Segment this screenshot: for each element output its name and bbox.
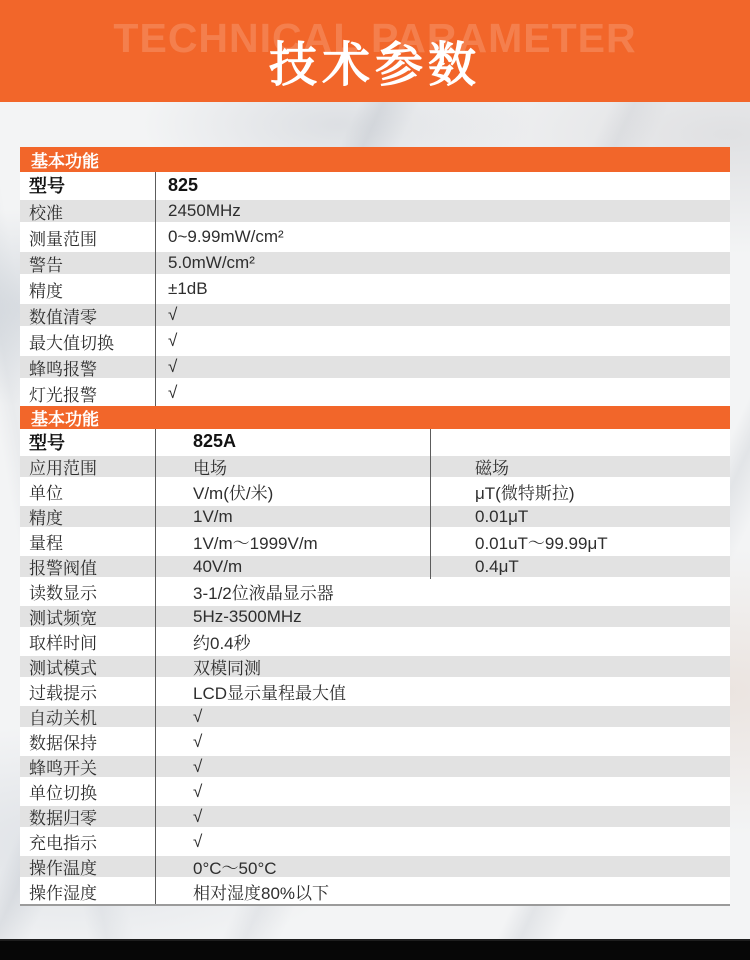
spec-value: √ (155, 328, 730, 354)
spec-value-2: 0.4μT (430, 554, 730, 579)
spec-label: 报警阀值 (20, 554, 155, 579)
spec-value: LCD显示量程最大值 (155, 679, 730, 704)
column-divider-2 (430, 429, 431, 579)
spec-row: 型号825A (20, 429, 730, 454)
spec-label: 数值清零 (20, 302, 155, 328)
spec-value: √ (155, 704, 730, 729)
spec-label: 数据保持 (20, 729, 155, 754)
spec-tables: 基本功能 型号825校准2450MHz测量范围0~9.99mW/cm²警告5.0… (20, 147, 730, 906)
spec-label: 操作湿度 (20, 879, 155, 904)
page-title: 技术参数 (0, 26, 750, 95)
spec-row: 自动关机√ (20, 704, 730, 729)
spec-value: V/m(伏/米) (155, 479, 430, 504)
spec-row: 单位切换√ (20, 779, 730, 804)
spec-value: 825 (155, 172, 730, 198)
table-rows: 型号825校准2450MHz测量范围0~9.99mW/cm²警告5.0mW/cm… (20, 172, 730, 406)
spec-row: 过载提示LCD显示量程最大值 (20, 679, 730, 704)
spec-value: √ (155, 302, 730, 328)
spec-value: 3-1/2位液晶显示器 (155, 579, 730, 604)
table-rows: 型号825A应用范围电场磁场单位V/m(伏/米)μT(微特斯拉)精度1V/m0.… (20, 429, 730, 904)
spec-label: 自动关机 (20, 704, 155, 729)
spec-label: 警告 (20, 250, 155, 276)
spec-value-2: 磁场 (430, 454, 730, 479)
spec-row: 充电指示√ (20, 829, 730, 854)
bottom-black-bar (0, 939, 750, 960)
spec-row: 应用范围电场磁场 (20, 454, 730, 479)
spec-value: 电场 (155, 454, 430, 479)
spec-row: 报警阀值40V/m0.4μT (20, 554, 730, 579)
spec-row: 型号825 (20, 172, 730, 198)
spec-row: 警告5.0mW/cm² (20, 250, 730, 276)
spec-label: 取样时间 (20, 629, 155, 654)
spec-row: 操作湿度相对湿度80%以下 (20, 879, 730, 904)
spec-value: 5Hz-3500MHz (155, 604, 730, 629)
spec-label: 灯光报警 (20, 380, 155, 406)
title-banner: TECHNICAL PARAMETER 技术参数 (0, 0, 750, 102)
spec-value: √ (155, 829, 730, 854)
spec-label: 量程 (20, 529, 155, 554)
spec-row: 精度±1dB (20, 276, 730, 302)
spec-value-2 (430, 429, 730, 454)
spec-row: 测试频宽5Hz-3500MHz (20, 604, 730, 629)
spec-row: 最大值切换√ (20, 328, 730, 354)
spec-value: √ (155, 354, 730, 380)
spec-label: 测试频宽 (20, 604, 155, 629)
spec-row: 量程1V/m～1999V/m0.01uT～99.99μT (20, 529, 730, 554)
spec-label: 数据归零 (20, 804, 155, 829)
spec-value: √ (155, 804, 730, 829)
spec-row: 灯光报警√ (20, 380, 730, 406)
spec-row: 数值清零√ (20, 302, 730, 328)
spec-value: 5.0mW/cm² (155, 250, 730, 276)
spec-value: 双模同测 (155, 654, 730, 679)
spec-label: 单位切换 (20, 779, 155, 804)
spec-table-825a: 基本功能 型号825A应用范围电场磁场单位V/m(伏/米)μT(微特斯拉)精度1… (20, 406, 730, 906)
spec-label: 型号 (20, 429, 155, 454)
spec-label: 校准 (20, 198, 155, 224)
page: TECHNICAL PARAMETER 技术参数 基本功能 型号825校准245… (0, 0, 750, 960)
spec-row: 蜂鸣报警√ (20, 354, 730, 380)
spec-row: 操作温度0°C～50°C (20, 854, 730, 879)
spec-value: 约0.4秒 (155, 629, 730, 654)
spec-value: 0~9.99mW/cm² (155, 224, 730, 250)
spec-value: √ (155, 380, 730, 406)
spec-label: 测试模式 (20, 654, 155, 679)
spec-value: √ (155, 779, 730, 804)
spec-label: 蜂鸣开关 (20, 754, 155, 779)
table-section-header: 基本功能 (20, 147, 730, 172)
spec-row: 精度1V/m0.01μT (20, 504, 730, 529)
spec-row: 蜂鸣开关√ (20, 754, 730, 779)
spec-label: 精度 (20, 276, 155, 302)
column-divider (155, 172, 156, 406)
spec-row: 数据保持√ (20, 729, 730, 754)
spec-row: 校准2450MHz (20, 198, 730, 224)
spec-value: 1V/m～1999V/m (155, 529, 430, 554)
column-divider (155, 429, 156, 904)
spec-label: 型号 (20, 172, 155, 198)
spec-value-2: 0.01μT (430, 504, 730, 529)
spec-value: ±1dB (155, 276, 730, 302)
spec-value: 0°C～50°C (155, 854, 730, 879)
spec-value: 相对湿度80%以下 (155, 879, 730, 904)
spec-label: 单位 (20, 479, 155, 504)
spec-table-825: 基本功能 型号825校准2450MHz测量范围0~9.99mW/cm²警告5.0… (20, 147, 730, 406)
spec-label: 最大值切换 (20, 328, 155, 354)
spec-value: 1V/m (155, 504, 430, 529)
spec-value-2: 0.01uT～99.99μT (430, 529, 730, 554)
spec-label: 测量范围 (20, 224, 155, 250)
spec-value: 2450MHz (155, 198, 730, 224)
spec-label: 应用范围 (20, 454, 155, 479)
spec-row: 测量范围0~9.99mW/cm² (20, 224, 730, 250)
spec-label: 精度 (20, 504, 155, 529)
spec-label: 蜂鸣报警 (20, 354, 155, 380)
spec-label: 充电指示 (20, 829, 155, 854)
spec-value-2: μT(微特斯拉) (430, 479, 730, 504)
spec-label: 读数显示 (20, 579, 155, 604)
spec-value: 40V/m (155, 554, 430, 579)
spec-row: 数据归零√ (20, 804, 730, 829)
spec-row: 取样时间约0.4秒 (20, 629, 730, 654)
spec-value: √ (155, 754, 730, 779)
spec-label: 过载提示 (20, 679, 155, 704)
spec-row: 读数显示3-1/2位液晶显示器 (20, 579, 730, 604)
spec-value: √ (155, 729, 730, 754)
spec-label: 操作温度 (20, 854, 155, 879)
spec-row: 单位V/m(伏/米)μT(微特斯拉) (20, 479, 730, 504)
table-section-header: 基本功能 (20, 406, 730, 429)
spec-value: 825A (155, 429, 430, 454)
spec-row: 测试模式双模同测 (20, 654, 730, 679)
